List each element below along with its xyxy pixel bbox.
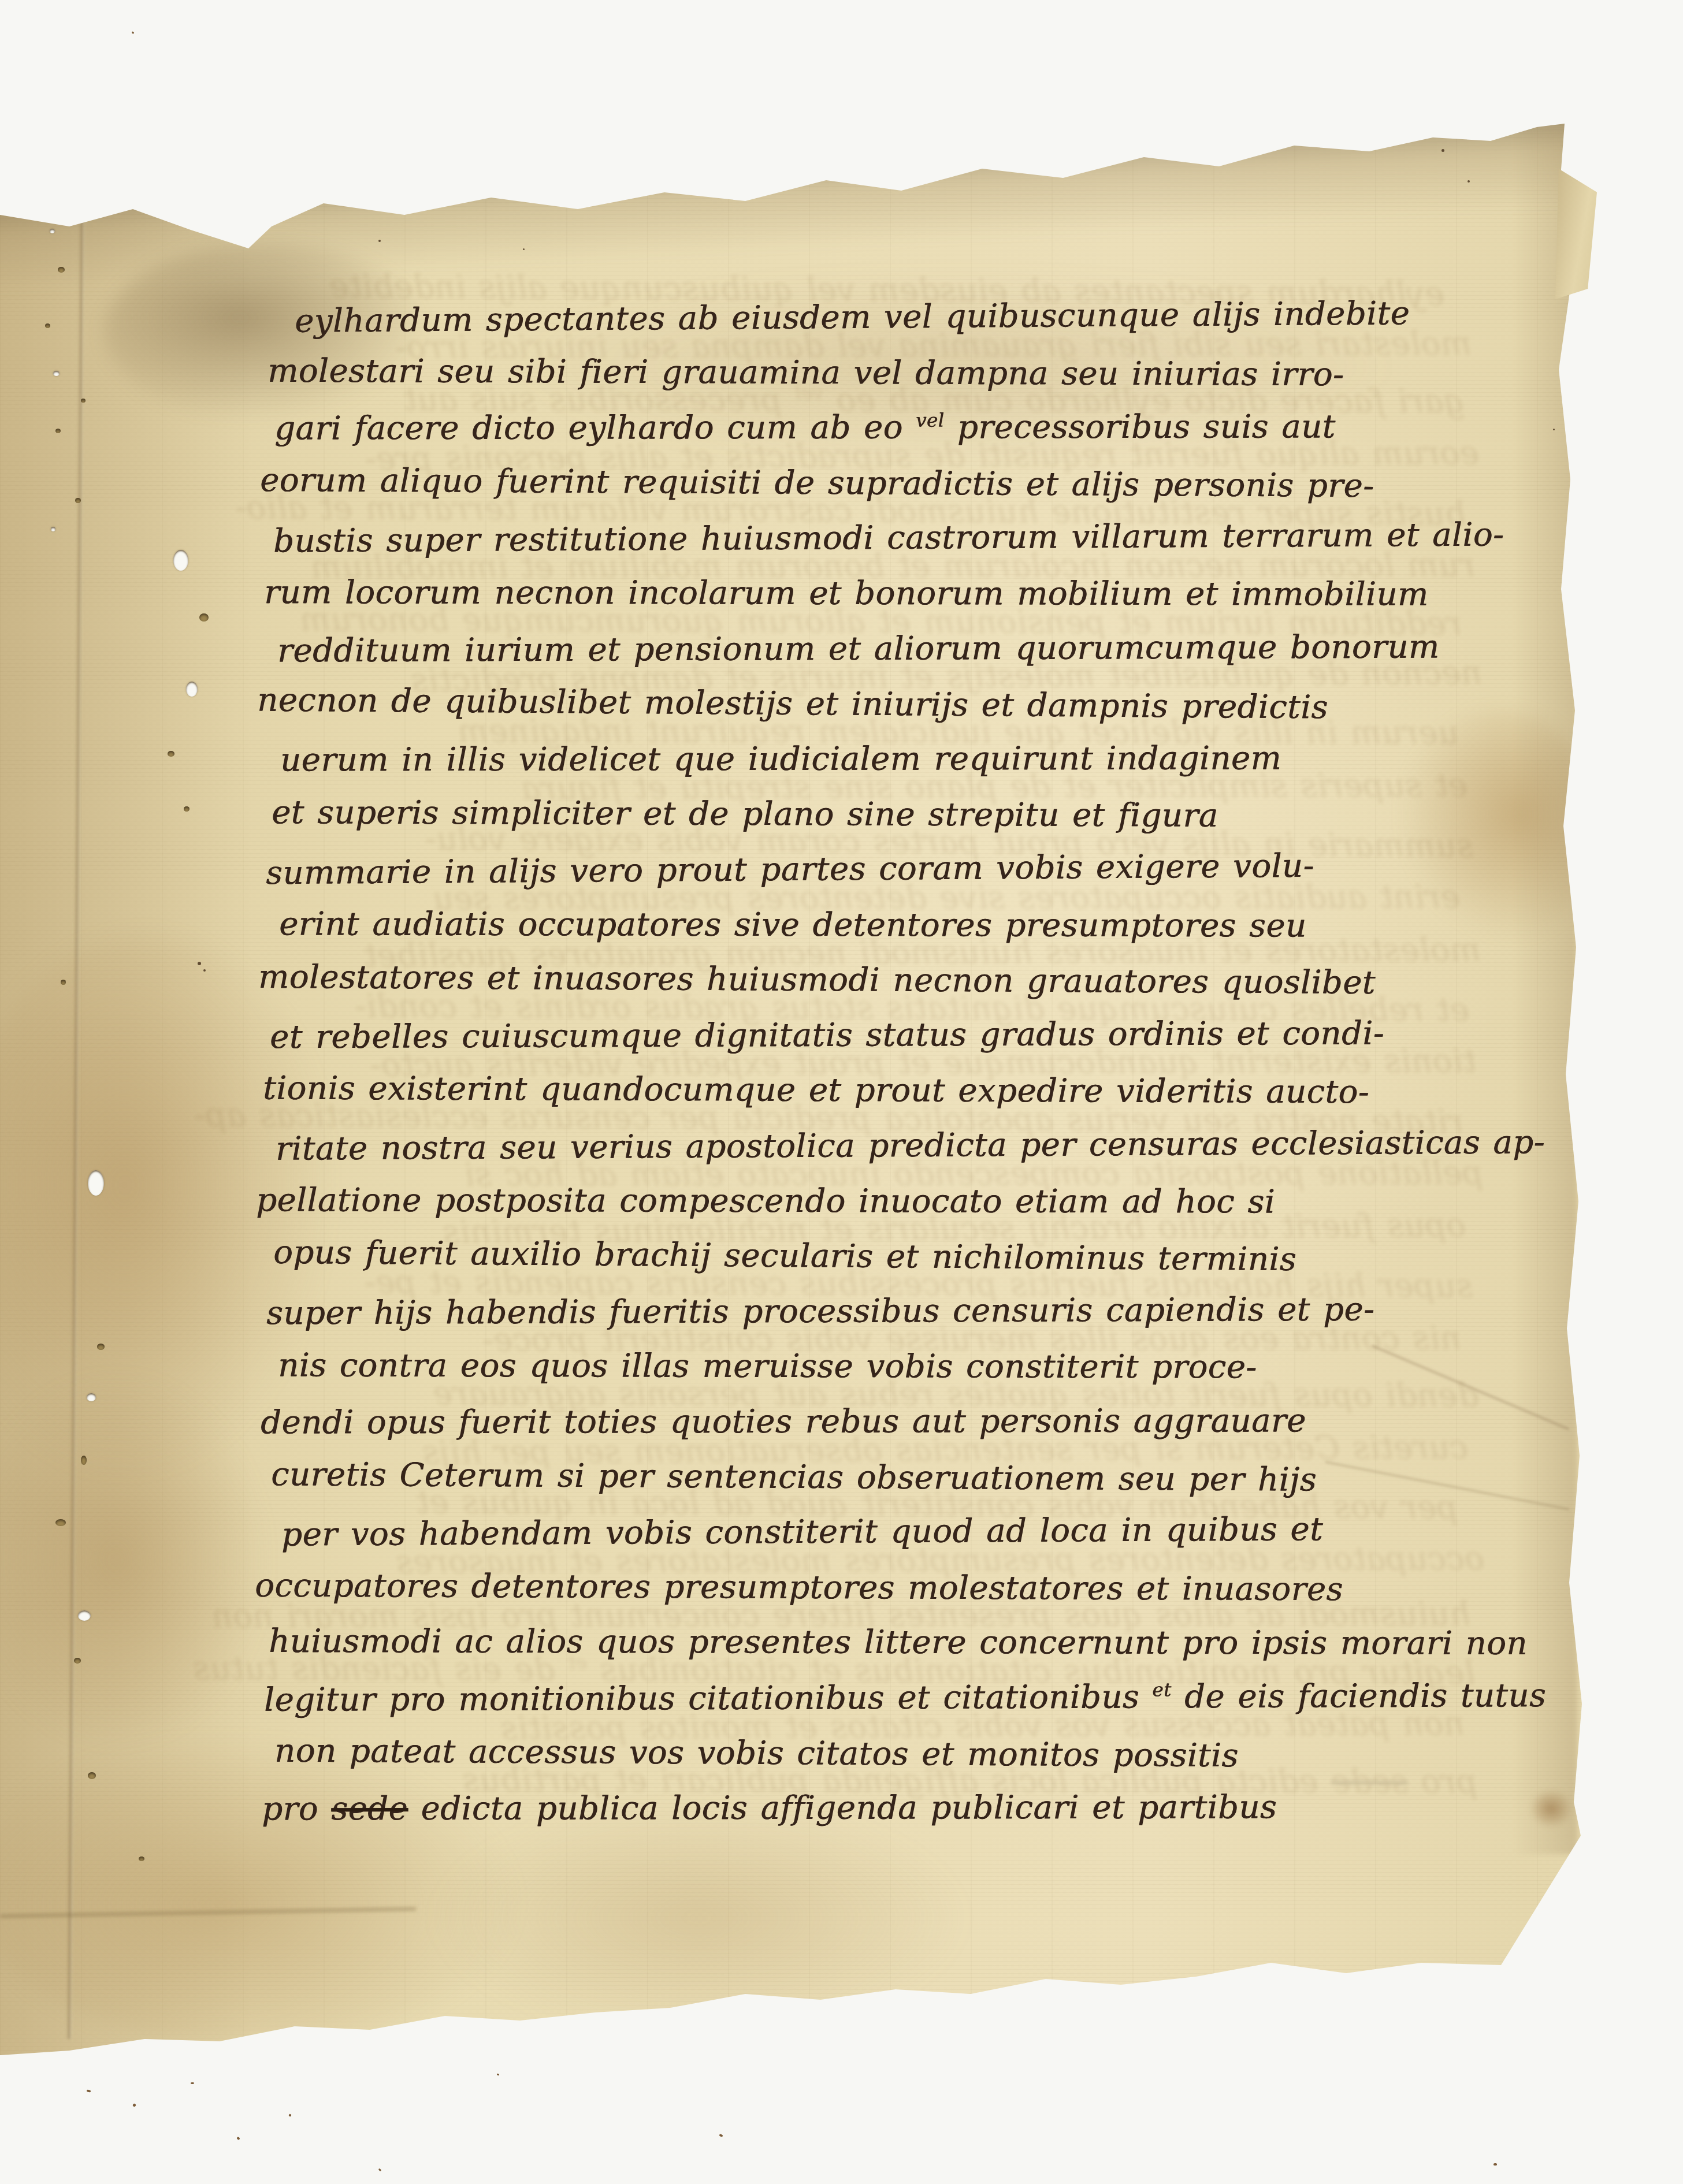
line-text: occupatores detentores presumptores mole… xyxy=(255,1567,1343,1609)
manuscript-line: et superis simpliciter et de plano sine … xyxy=(272,793,1218,836)
paper-debris xyxy=(288,2114,291,2116)
manuscript-line: legitur pro monitionibus citationibus et… xyxy=(264,1676,1546,1725)
wormhole xyxy=(173,550,188,571)
line-text: et superis simpliciter et de plano sine … xyxy=(272,794,1218,835)
line-text: uerum in illis videlicet que iudicialem … xyxy=(280,739,1281,779)
manuscript-line: per vos habendam vobis constiterit quod … xyxy=(281,1509,1323,1555)
line-text: molestatores et inuasores huiusmodi necn… xyxy=(258,958,1376,1002)
manuscript-line: pro sede edicta publica locis affigenda … xyxy=(262,1787,1277,1829)
ink-speck xyxy=(198,962,201,965)
line-text: opus fuerit auxilio brachij secularis et… xyxy=(273,1234,1296,1278)
manuscript-line: rum locorum necnon incolarum et bonorum … xyxy=(264,572,1429,615)
line-text: nis contra eos quos illas meruisse vobis… xyxy=(278,1347,1257,1386)
manuscript-line: gari facere dicto eylhardo cum ab eo vel… xyxy=(274,407,1336,453)
line-text: eorum aliquo fuerint requisiti de suprad… xyxy=(260,462,1374,505)
wormhole xyxy=(75,498,81,503)
line-text: precessoribus suis aut xyxy=(957,408,1336,446)
wormhole xyxy=(97,1344,105,1350)
line-text: ritate nostra seu verius apostolica pred… xyxy=(276,1123,1545,1168)
wormhole xyxy=(184,806,190,812)
wormhole xyxy=(78,1610,91,1621)
wormhole xyxy=(61,980,66,985)
wormhole xyxy=(45,323,50,328)
manuscript-line: pellatione postposita compescendo inuoca… xyxy=(256,1180,1275,1222)
paper-debris xyxy=(132,31,135,34)
line-text: curetis Ceterum si per sentencias obseru… xyxy=(271,1456,1317,1498)
wormhole xyxy=(58,267,65,273)
paper-debris xyxy=(378,2168,382,2172)
paper-debris xyxy=(87,2089,91,2092)
ink-speck xyxy=(1441,149,1444,152)
wormhole xyxy=(55,203,60,208)
line-text: necnon de quibuslibet molestijs et iniur… xyxy=(257,682,1328,727)
manuscript-line: et rebelles cuiuscumque dignitatis statu… xyxy=(270,1014,1384,1058)
line-text: erint audiatis occupatores sive detentor… xyxy=(279,905,1306,944)
folded-corner xyxy=(1555,169,1597,299)
line-text: gari facere dicto eylhardo cum ab eo xyxy=(274,409,903,448)
wormhole xyxy=(199,613,209,622)
manuscript-line: curetis Ceterum si per sentencias obseru… xyxy=(271,1454,1317,1500)
manuscript-line: molestari seu sibi fieri grauamina vel d… xyxy=(268,351,1344,396)
line-text: non pateat accessus vos vobis citatos et… xyxy=(274,1732,1239,1775)
manuscript-line: summarie in alijs vero prout partes cora… xyxy=(266,846,1314,894)
wormhole xyxy=(168,751,174,757)
manuscript-line: uerum in illis videlicet que iudicialem … xyxy=(280,738,1281,780)
manuscript-line: tionis existerint quandocumque et prout … xyxy=(263,1069,1369,1113)
ink-speck xyxy=(942,156,945,159)
wormhole xyxy=(51,527,55,531)
wormhole xyxy=(81,399,86,403)
manuscript-line: reddituum iurium et pensionum et aliorum… xyxy=(277,627,1440,671)
line-text: summarie in alijs vero prout partes cora… xyxy=(266,847,1314,892)
ink-speck xyxy=(203,969,206,972)
paper-page: eylhardum spectantes ab eiusdem vel quib… xyxy=(0,0,1683,2184)
manuscript-line: occupatores detentores presumptores mole… xyxy=(255,1566,1343,1610)
wormhole xyxy=(88,1170,104,1196)
line-text: bustis super restitutione huiusmodi cast… xyxy=(273,516,1504,560)
paper-debris xyxy=(236,2137,240,2140)
line-text: tionis existerint quandocumque et prout … xyxy=(263,1070,1369,1111)
line-text: super hijs habendis fueritis processibus… xyxy=(266,1291,1374,1333)
manuscript-line: bustis super restitutione huiusmodi cast… xyxy=(273,515,1504,561)
ink-speck xyxy=(378,240,381,242)
wormhole xyxy=(74,1658,81,1664)
wormhole xyxy=(55,429,61,433)
line-text: reddituum iurium et pensionum et aliorum… xyxy=(277,628,1440,669)
manuscript-line: non pateat accessus vos vobis citatos et… xyxy=(274,1731,1239,1777)
line-text: molestari seu sibi fieri grauamina vel d… xyxy=(268,352,1344,394)
line-text: huiusmodi ac alios quos presentes litter… xyxy=(269,1623,1528,1662)
wormhole xyxy=(46,191,52,196)
wormhole xyxy=(50,229,55,233)
manuscript-line: necnon de quibuslibet molestijs et iniur… xyxy=(257,680,1328,728)
ink-speck xyxy=(474,173,477,177)
manuscript-scan: eylhardum spectantes ab eiusdem vel quib… xyxy=(0,0,1683,2184)
line-text: legitur pro monitionibus citationibus et… xyxy=(264,1679,1139,1719)
wormhole xyxy=(55,1519,66,1526)
text-layer: eylhardum spectantes ab eiusdem vel quib… xyxy=(263,297,1534,1892)
paper-debris xyxy=(1493,2163,1497,2166)
line-text: de eis faciendis tutus xyxy=(1184,1677,1546,1716)
line-text: edicta publica locis affigenda publicari… xyxy=(421,1788,1277,1828)
manuscript-line: eylhardum spectantes ab eiusdem vel quib… xyxy=(295,293,1410,341)
line-text: dendi opus fuerit toties quoties rebus a… xyxy=(261,1402,1306,1441)
paper-debris xyxy=(719,2134,723,2137)
line-text: per vos habendam vobis constiterit quod … xyxy=(281,1510,1323,1553)
ink-speck xyxy=(716,192,719,194)
manuscript-line: huiusmodi ac alios quos presentes litter… xyxy=(269,1621,1528,1664)
manuscript-line: super hijs habendis fueritis processibus… xyxy=(266,1290,1374,1334)
wormhole xyxy=(186,682,198,697)
line-text: eylhardum spectantes ab eiusdem vel quib… xyxy=(295,295,1410,340)
wormhole xyxy=(87,1393,96,1401)
manuscript-line: erint audiatis occupatores sive detentor… xyxy=(279,904,1306,946)
wormhole xyxy=(53,371,60,376)
ink-speck xyxy=(1553,429,1555,430)
ink-speck xyxy=(1467,180,1470,183)
manuscript-line: nis contra eos quos illas meruisse vobis… xyxy=(278,1346,1257,1388)
manuscript-line: dendi opus fuerit toties quoties rebus a… xyxy=(261,1401,1306,1443)
ink-speck xyxy=(523,248,525,250)
interlinear-insertion: vel xyxy=(916,409,945,431)
paper-debris xyxy=(132,2103,136,2107)
paper-debris xyxy=(497,2074,500,2076)
wormhole xyxy=(88,1772,96,1779)
interlinear-insertion: et xyxy=(1152,1679,1171,1701)
ink-speck xyxy=(633,163,636,166)
wormhole xyxy=(139,1856,144,1861)
line-text: pellatione postposita compescendo inuoca… xyxy=(256,1181,1275,1221)
line-text: pro xyxy=(262,1790,318,1828)
wormhole xyxy=(81,1456,87,1465)
line-text: et rebelles cuiuscumque dignitatis statu… xyxy=(270,1015,1384,1056)
manuscript-line: ritate nostra seu verius apostolica pred… xyxy=(276,1122,1545,1170)
manuscript-line: molestatores et inuasores huiusmodi necn… xyxy=(258,957,1376,1003)
struck-word: sede xyxy=(331,1790,408,1828)
paper-debris xyxy=(191,2082,194,2084)
line-text: rum locorum necnon incolarum et bonorum … xyxy=(264,574,1429,613)
manuscript-line: eorum aliquo fuerint requisiti de suprad… xyxy=(260,460,1374,507)
manuscript-line: opus fuerit auxilio brachij secularis et… xyxy=(273,1233,1296,1280)
